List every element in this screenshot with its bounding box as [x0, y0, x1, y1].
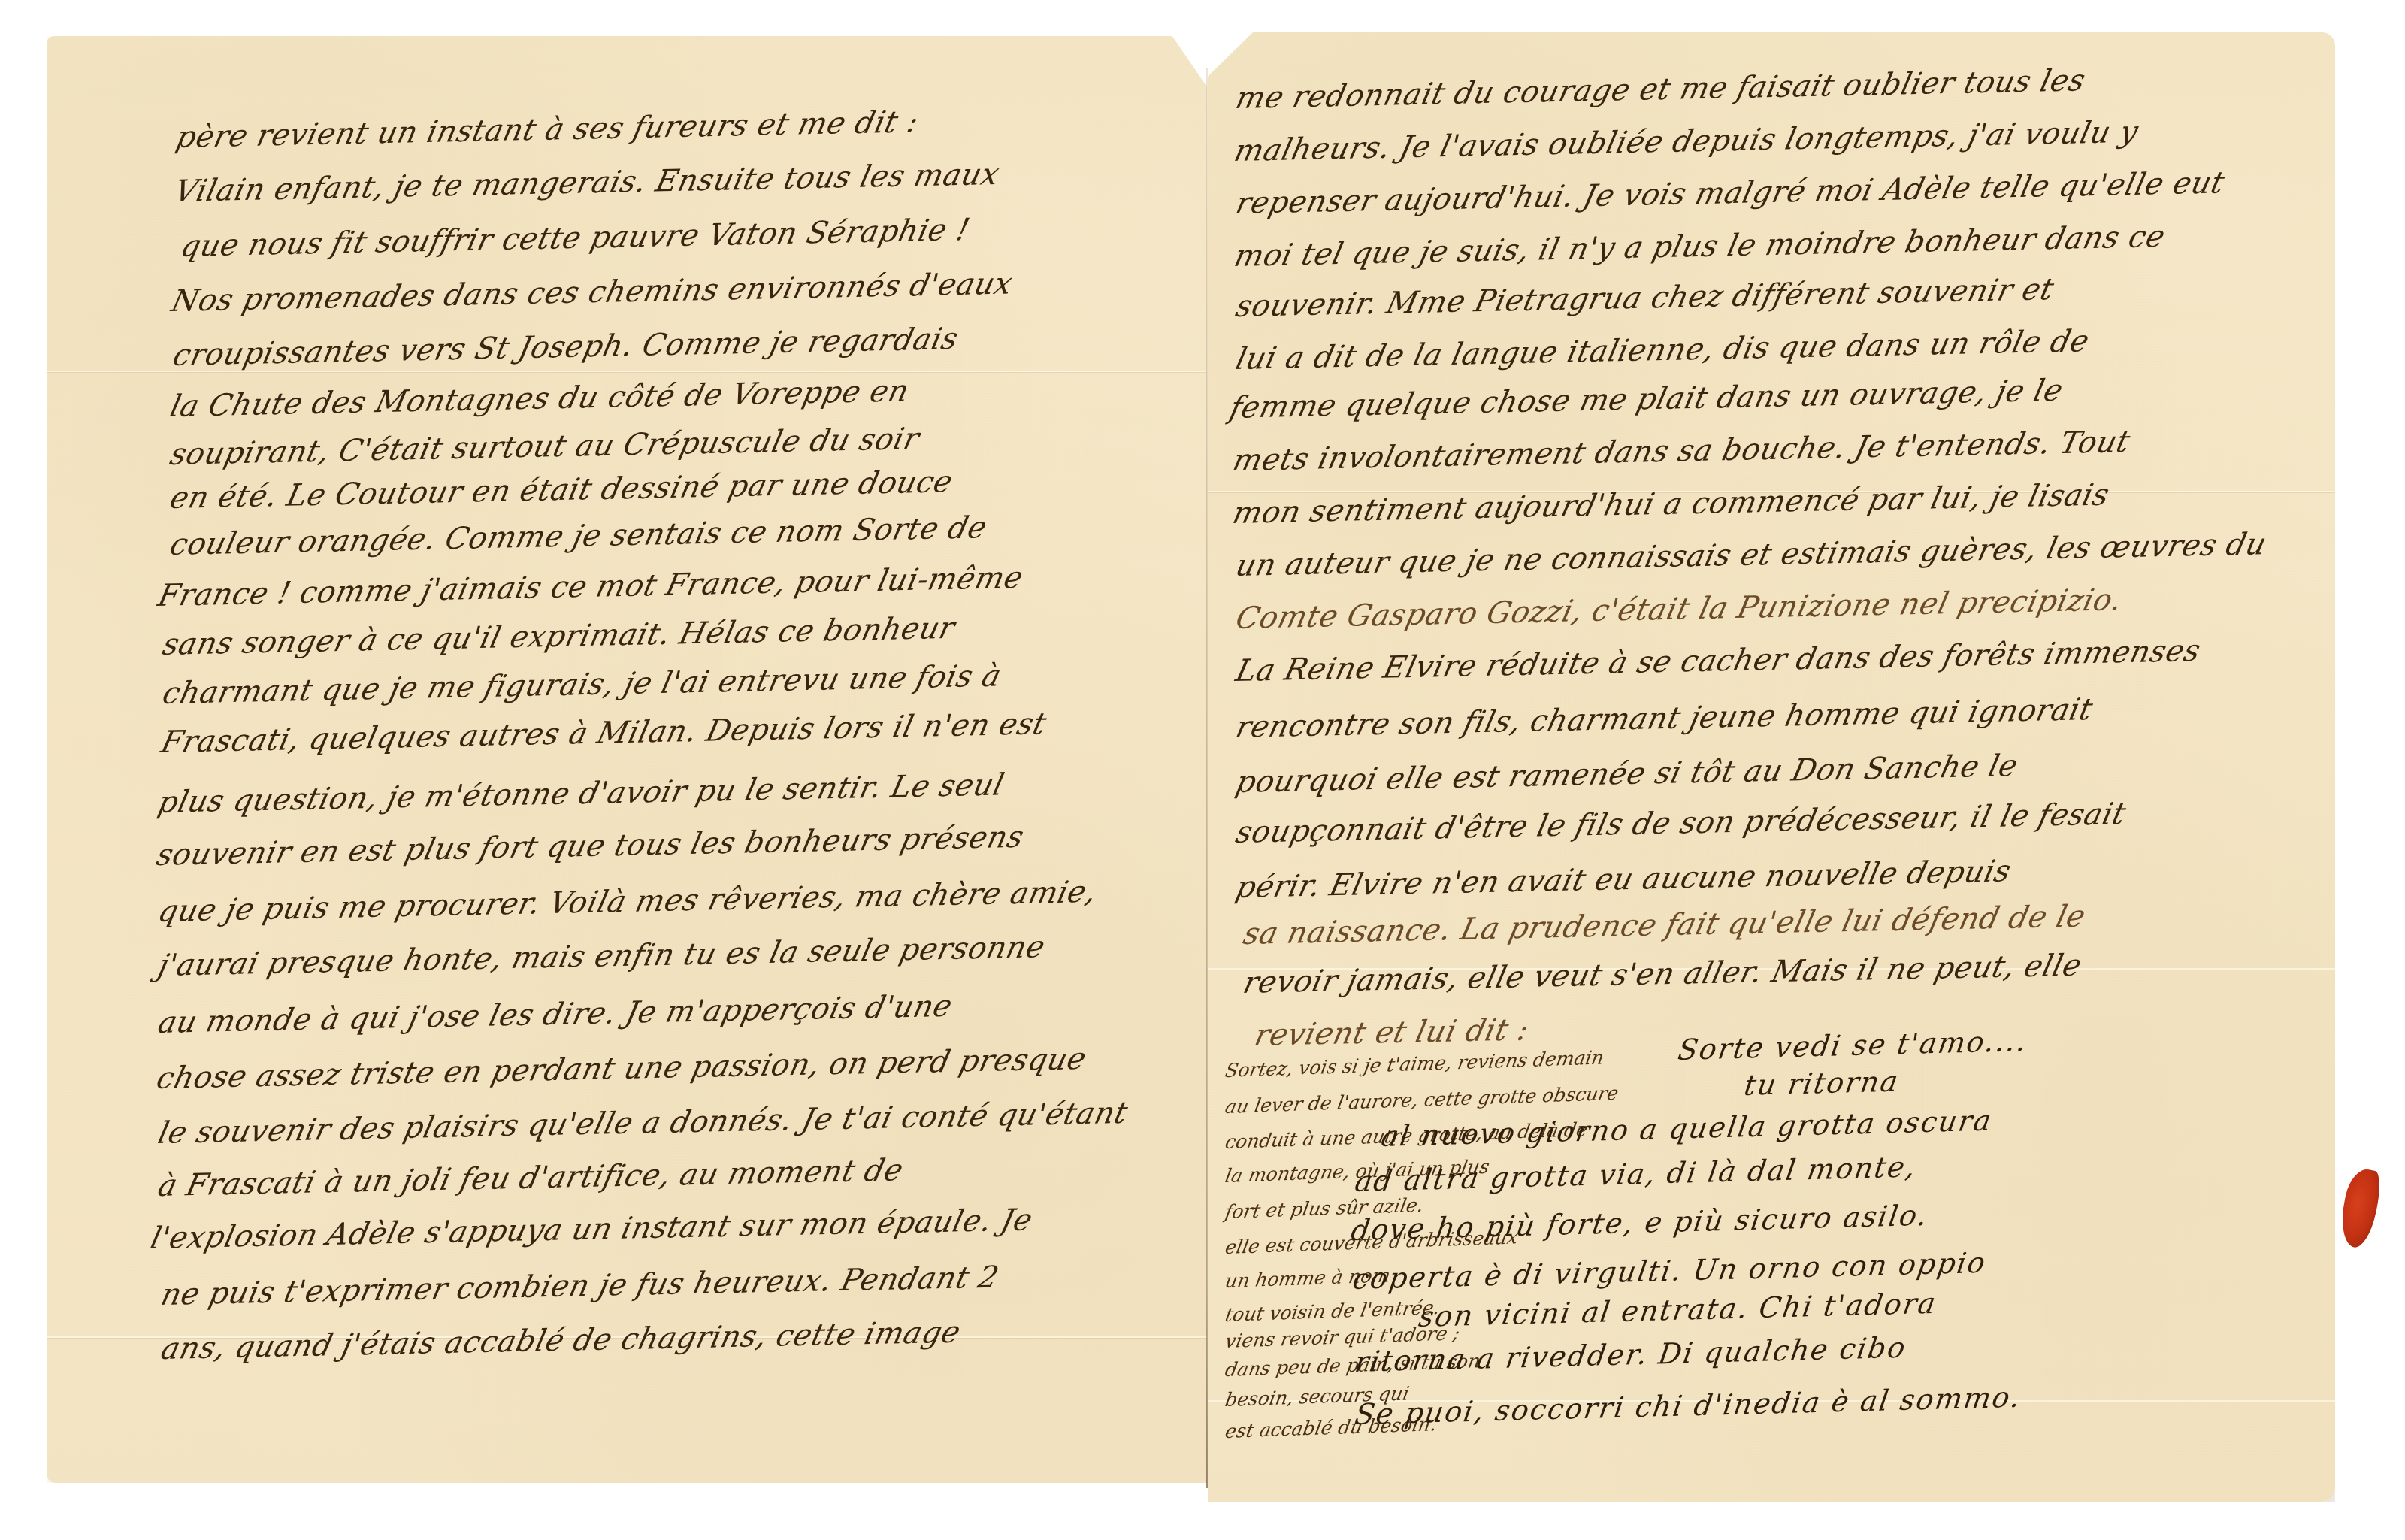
center-fold-gutter	[1206, 68, 1208, 1488]
wax-seal-fragment	[2336, 1166, 2385, 1251]
verse-line: tu ritorna	[1742, 1064, 1901, 1102]
text-line: revient et lui dit :	[1251, 1012, 1532, 1053]
